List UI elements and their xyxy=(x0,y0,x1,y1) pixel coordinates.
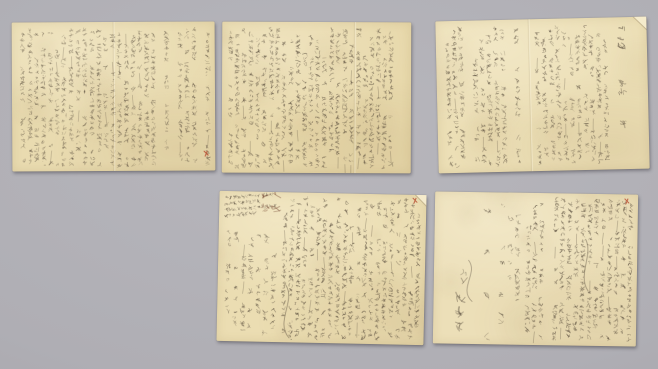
manuscript-page-5 xyxy=(433,191,638,346)
photo-backdrop xyxy=(0,0,658,369)
handwriting-canvas-3 xyxy=(435,17,649,174)
handwriting-canvas-4 xyxy=(216,191,426,345)
manuscript-page-4 xyxy=(216,191,426,345)
manuscript-page-2 xyxy=(222,22,412,174)
handwriting-canvas-2 xyxy=(222,22,412,174)
manuscript-page-1 xyxy=(12,21,216,171)
handwriting-canvas-5 xyxy=(433,191,638,346)
handwriting-canvas-1 xyxy=(12,21,216,171)
manuscript-page-3 xyxy=(435,17,649,174)
